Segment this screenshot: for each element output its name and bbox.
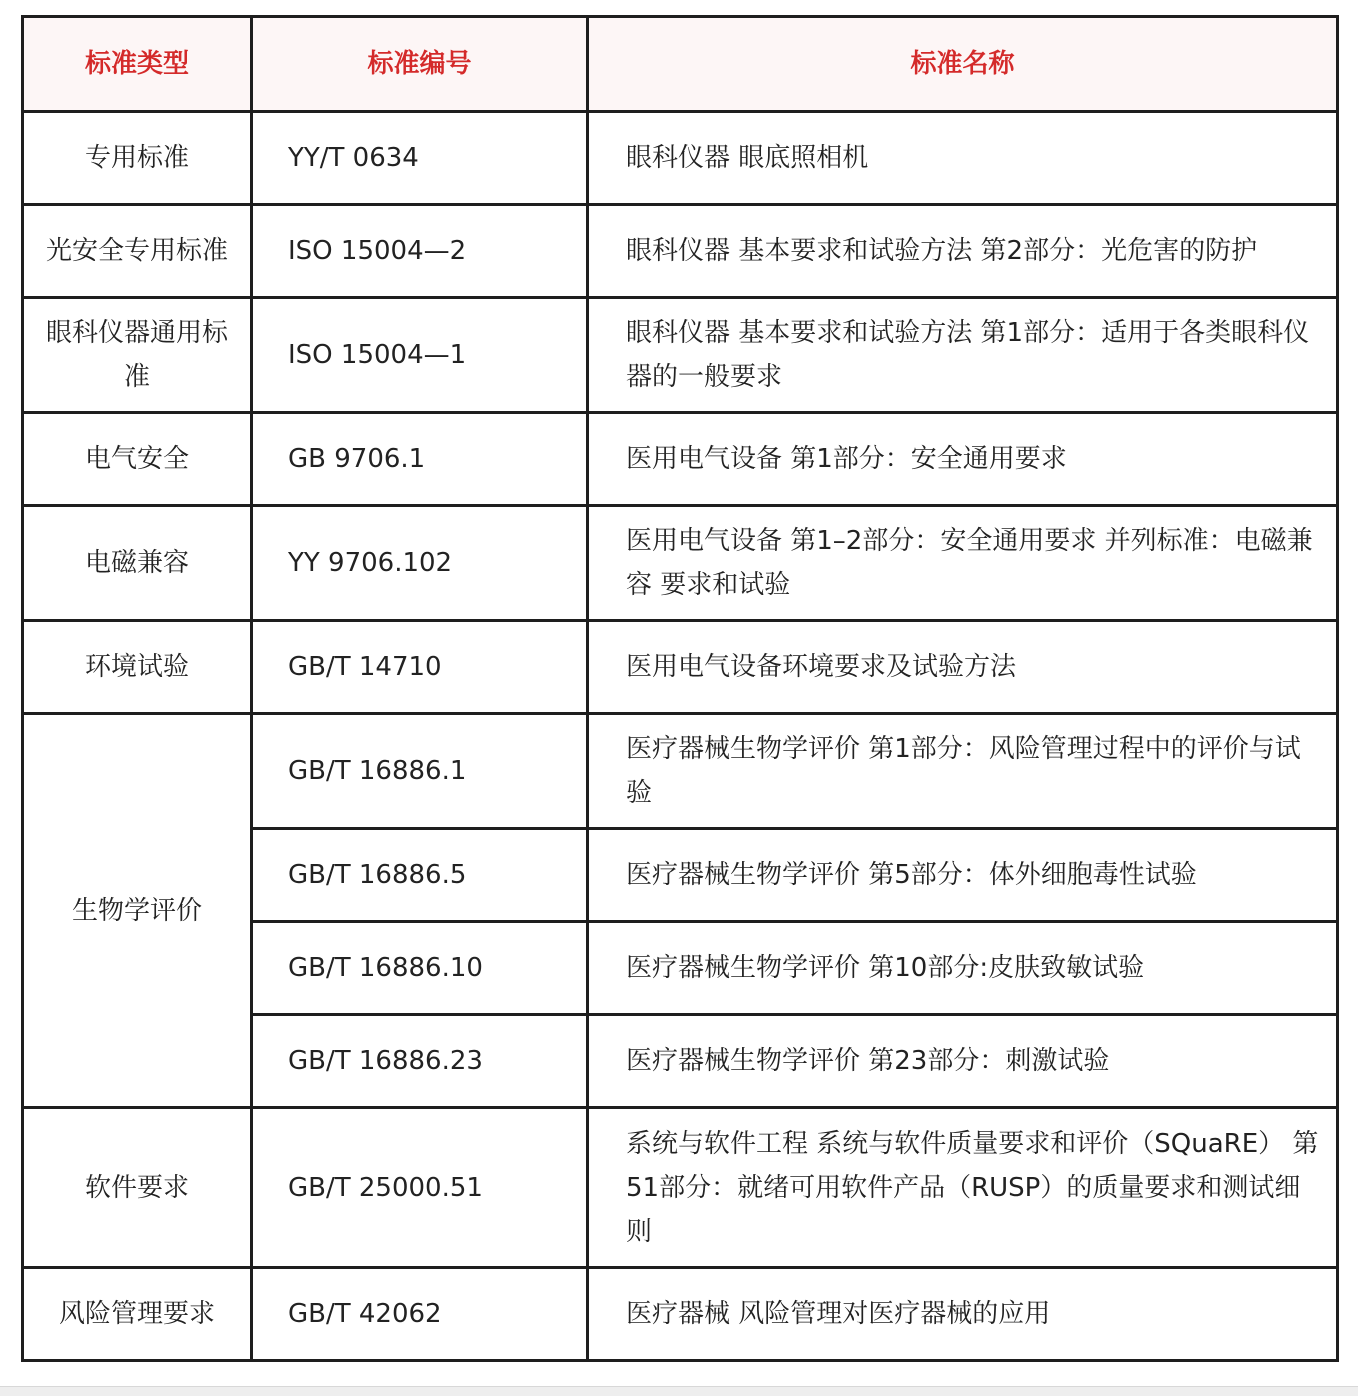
cell-type: 生物学评价 xyxy=(23,714,252,1108)
cell-code: GB/T 16886.5 xyxy=(252,829,588,922)
cell-type: 电气安全 xyxy=(23,413,252,506)
cell-code: ISO 15004—2 xyxy=(252,205,588,298)
header-standard-type: 标准类型 xyxy=(23,17,252,112)
cell-code: ISO 15004—1 xyxy=(252,298,588,413)
cell-type: 专用标准 xyxy=(23,112,252,205)
cell-type: 风险管理要求 xyxy=(23,1268,252,1361)
cell-name: 眼科仪器 眼底照相机 xyxy=(588,112,1338,205)
cell-name: 医疗器械生物学评价 第1部分：风险管理过程中的评价与试验 xyxy=(588,714,1338,829)
table-row: 软件要求 GB/T 25000.51 系统与软件工程 系统与软件质量要求和评价（… xyxy=(23,1108,1338,1268)
cell-name: 医疗器械 风险管理对医疗器械的应用 xyxy=(588,1268,1338,1361)
cell-type: 电磁兼容 xyxy=(23,506,252,621)
cell-name: 系统与软件工程 系统与软件质量要求和评价（SQuaRE） 第51部分：就绪可用软… xyxy=(588,1108,1338,1268)
cell-name: 眼科仪器 基本要求和试验方法 第1部分：适用于各类眼科仪器的一般要求 xyxy=(588,298,1338,413)
cell-name: 医疗器械生物学评价 第10部分:皮肤致敏试验 xyxy=(588,922,1338,1015)
header-standard-name: 标准名称 xyxy=(588,17,1338,112)
cell-type: 光安全专用标准 xyxy=(23,205,252,298)
cell-code: YY 9706.102 xyxy=(252,506,588,621)
standards-table: 标准类型 标准编号 标准名称 专用标准 YY/T 0634 眼科仪器 眼底照相机… xyxy=(21,15,1339,1362)
cell-name: 医用电气设备环境要求及试验方法 xyxy=(588,621,1338,714)
table-row: 专用标准 YY/T 0634 眼科仪器 眼底照相机 xyxy=(23,112,1338,205)
cell-code: GB/T 25000.51 xyxy=(252,1108,588,1268)
cell-code: YY/T 0634 xyxy=(252,112,588,205)
table-row: 眼科仪器通用标准 ISO 15004—1 眼科仪器 基本要求和试验方法 第1部分… xyxy=(23,298,1338,413)
cell-name: 医用电气设备 第1部分：安全通用要求 xyxy=(588,413,1338,506)
cell-name: 医用电气设备 第1–2部分：安全通用要求 并列标准：电磁兼容 要求和试验 xyxy=(588,506,1338,621)
cell-code: GB/T 42062 xyxy=(252,1268,588,1361)
table-row: 电气安全 GB 9706.1 医用电气设备 第1部分：安全通用要求 xyxy=(23,413,1338,506)
header-standard-code: 标准编号 xyxy=(252,17,588,112)
cell-code: GB/T 16886.23 xyxy=(252,1015,588,1108)
table-row: 风险管理要求 GB/T 42062 医疗器械 风险管理对医疗器械的应用 xyxy=(23,1268,1338,1361)
cell-type: 环境试验 xyxy=(23,621,252,714)
table-row: 生物学评价 GB/T 16886.1 医疗器械生物学评价 第1部分：风险管理过程… xyxy=(23,714,1338,829)
cell-code: GB/T 16886.1 xyxy=(252,714,588,829)
cell-name: 医疗器械生物学评价 第23部分：刺激试验 xyxy=(588,1015,1338,1108)
cell-code: GB 9706.1 xyxy=(252,413,588,506)
cell-type: 眼科仪器通用标准 xyxy=(23,298,252,413)
cell-type: 软件要求 xyxy=(23,1108,252,1268)
cell-name: 医疗器械生物学评价 第5部分：体外细胞毒性试验 xyxy=(588,829,1338,922)
table-row: 光安全专用标准 ISO 15004—2 眼科仪器 基本要求和试验方法 第2部分：… xyxy=(23,205,1338,298)
table-header-row: 标准类型 标准编号 标准名称 xyxy=(23,17,1338,112)
table-row: 电磁兼容 YY 9706.102 医用电气设备 第1–2部分：安全通用要求 并列… xyxy=(23,506,1338,621)
cell-code: GB/T 14710 xyxy=(252,621,588,714)
cell-code: GB/T 16886.10 xyxy=(252,922,588,1015)
table-row: 环境试验 GB/T 14710 医用电气设备环境要求及试验方法 xyxy=(23,621,1338,714)
cell-name: 眼科仪器 基本要求和试验方法 第2部分：光危害的防护 xyxy=(588,205,1338,298)
bottom-edge xyxy=(0,1386,1358,1396)
